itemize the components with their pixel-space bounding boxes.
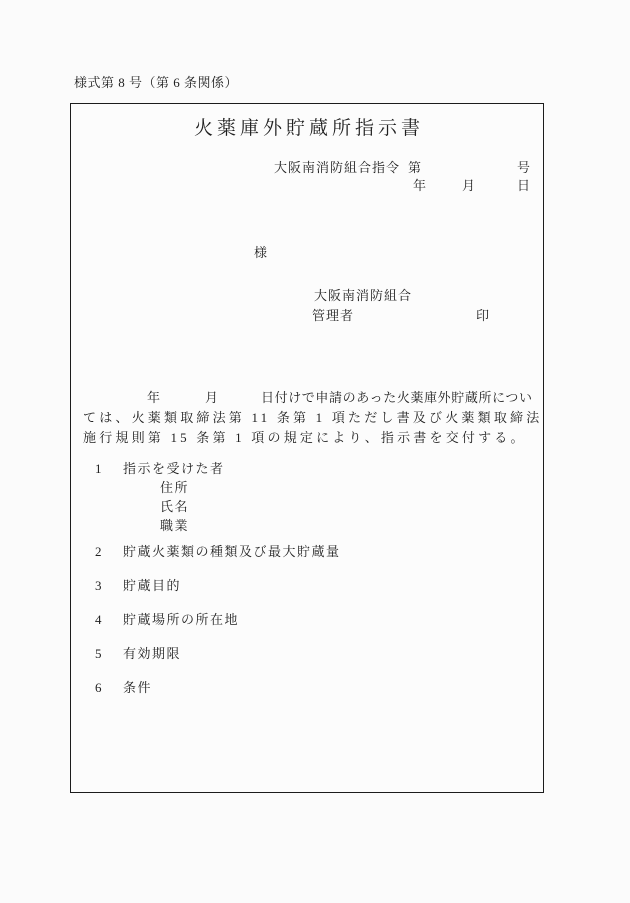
item-1-number: 1 xyxy=(95,461,102,477)
item-3-label: 貯蔵目的 xyxy=(123,578,181,594)
directive-date-month: 月 xyxy=(462,178,475,194)
body-line1-year: 年 xyxy=(147,390,161,406)
item-4-label: 貯蔵場所の所在地 xyxy=(123,612,239,628)
item-1-label: 指示を受けた者 xyxy=(123,461,225,477)
sender-org: 大阪南消防組合 xyxy=(314,288,412,304)
sender-title: 管理者 xyxy=(312,308,354,324)
item-6-label: 条件 xyxy=(123,680,152,696)
item-2-label: 貯蔵火薬類の種類及び最大貯蔵量 xyxy=(123,544,341,560)
form-number-label: 様式第 8 号（第 6 条関係） xyxy=(74,72,238,91)
directive-date-year: 年 xyxy=(413,178,426,194)
seal-mark: 印 xyxy=(476,308,489,324)
item-5-label: 有効期限 xyxy=(123,646,181,662)
directive-number-prefix: 第 xyxy=(408,160,421,176)
item-3-number: 3 xyxy=(95,578,102,594)
directive-date-day: 日 xyxy=(517,178,530,194)
body-line2: ては、火薬類取締法第 11 条第 1 項ただし書及び火薬類取締法 xyxy=(83,410,542,426)
item-1-sub-occupation: 職業 xyxy=(160,518,189,534)
directive-org: 大阪南消防組合指令 xyxy=(274,160,400,176)
directive-number-suffix: 号 xyxy=(517,160,530,176)
body-line1-month: 月 xyxy=(205,390,219,406)
item-4-number: 4 xyxy=(95,612,102,628)
body-line1-rest: 日付けで申請のあった火薬庫外貯蔵所につい xyxy=(261,390,533,406)
item-5-number: 5 xyxy=(95,646,102,662)
item-1-sub-name: 氏名 xyxy=(160,499,189,515)
document-border-box: 火薬庫外貯蔵所指示書 大阪南消防組合指令 第 号 年 月 日 様 大阪南消防組合… xyxy=(70,103,544,793)
document-title: 火薬庫外貯蔵所指示書 xyxy=(71,113,543,140)
item-1-sub-address: 住所 xyxy=(160,480,189,496)
document-page: 様式第 8 号（第 6 条関係） 火薬庫外貯蔵所指示書 大阪南消防組合指令 第 … xyxy=(0,0,630,903)
body-line3: 施行規則第 15 条第 1 項の規定により、指示書を交付する。 xyxy=(83,430,527,446)
item-2-number: 2 xyxy=(95,544,102,560)
item-6-number: 6 xyxy=(95,680,102,696)
addressee-honorific: 様 xyxy=(254,245,267,261)
